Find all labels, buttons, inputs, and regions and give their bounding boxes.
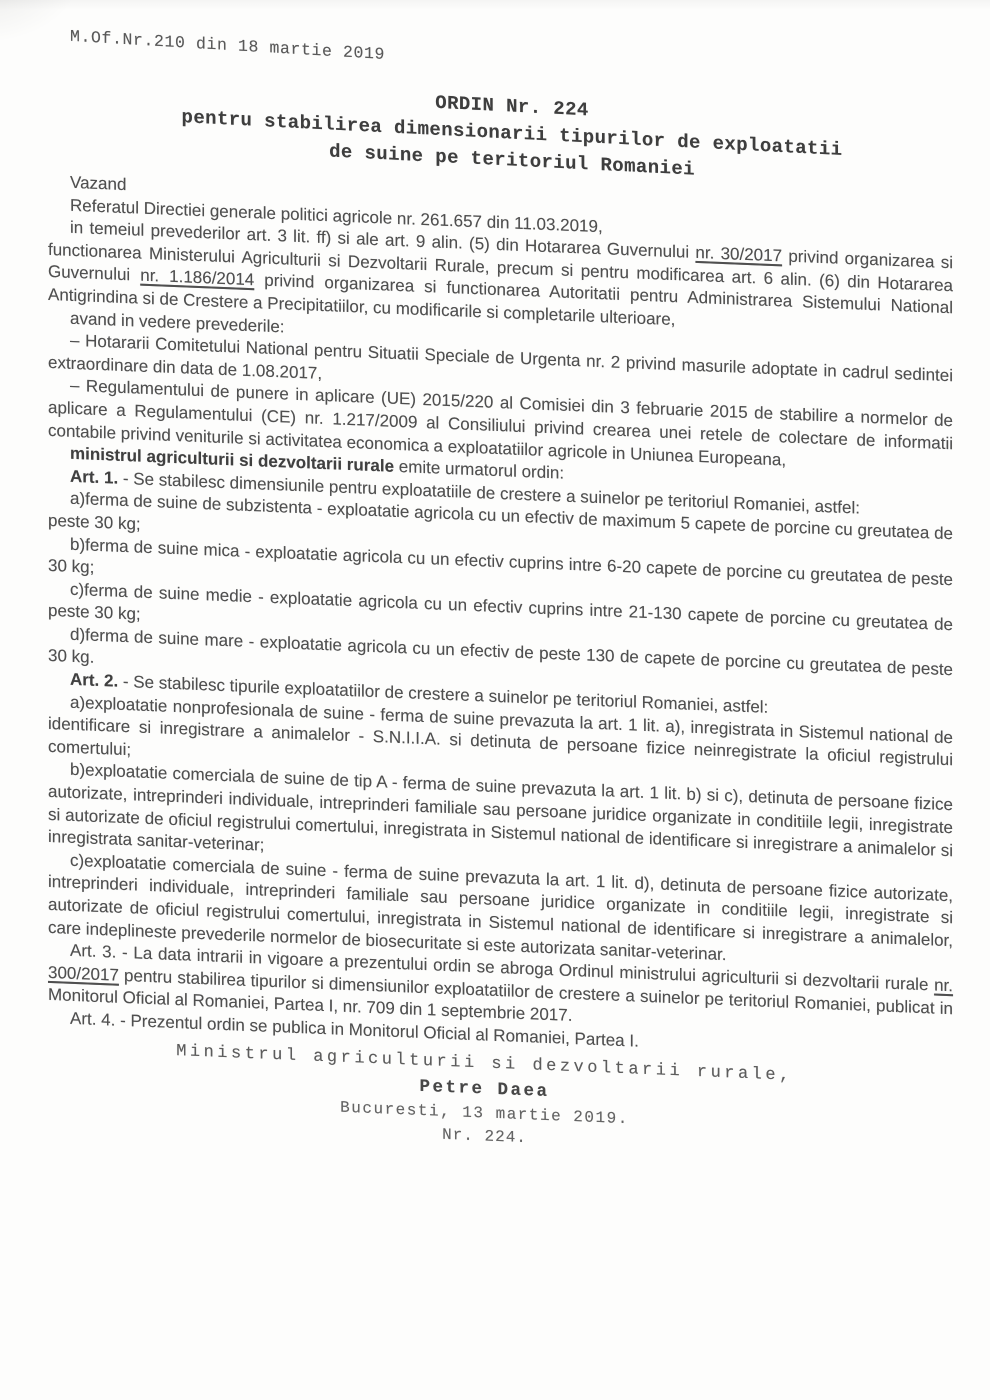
- underlined-reference: nr. 30/2017: [695, 243, 782, 265]
- scanned-document-page: M.Of.Nr.210 din 18 martie 2019 ORDIN Nr.…: [0, 0, 990, 1400]
- text-run: Vazand: [70, 173, 126, 194]
- document-content: M.Of.Nr.210 din 18 martie 2019 ORDIN Nr.…: [0, 24, 990, 1168]
- document-body: VazandReferatul Directiei generale polit…: [48, 171, 953, 1066]
- masthead-gazette-reference: M.Of.Nr.210 din 18 martie 2019: [70, 27, 385, 64]
- underlined-reference: nr. 1.186/2014: [140, 266, 254, 290]
- bold-text-run: Art. 1.: [70, 467, 118, 488]
- bold-text-run: Art. 2.: [70, 670, 118, 691]
